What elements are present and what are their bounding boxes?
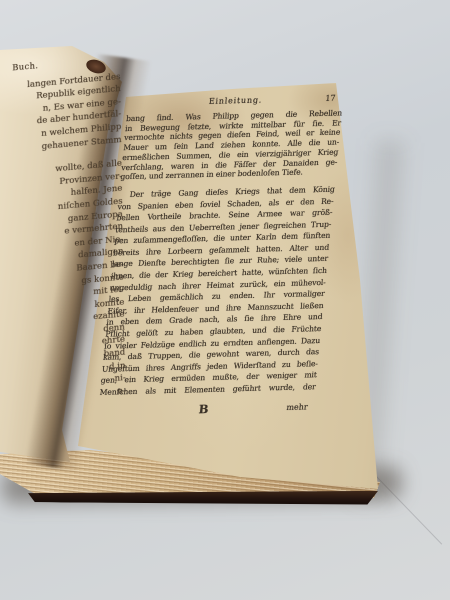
photo-scene: Buch. langen Fortdauer desRepublik eigen… — [0, 0, 450, 600]
paragraph-second: Der träge Gang dieſes Kriegs that dem Kö… — [99, 184, 335, 399]
catchword: mehr — [286, 402, 308, 412]
signature-mark: B — [198, 402, 209, 416]
paragraph-first: bang ſind. Was Philipp gegen die Rebelle… — [120, 108, 342, 182]
running-head: Einleitung. — [208, 95, 262, 105]
right-page-text: Einleitung. 17 bang ſind. Was Philipp ge… — [97, 93, 344, 420]
page-number: 17 — [325, 94, 336, 103]
